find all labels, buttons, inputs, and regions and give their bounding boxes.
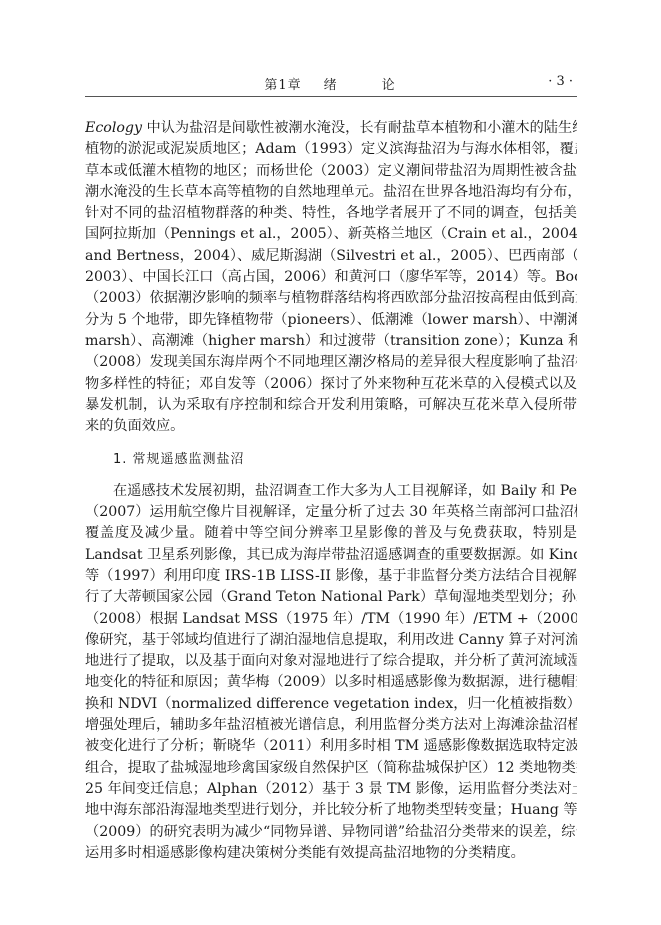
text-line: 25 年间变迁信息；Alphan（2012）基于 3 景 TM 影像，运用监督分… <box>85 779 577 800</box>
text-line: Landsat 卫星系列影像，其已成为海岸带盐沼遥感调查的重要数据源。如 Kin… <box>85 545 577 566</box>
section-heading: 1. 常规遥感监测盐沼 <box>85 449 577 470</box>
text-line: （2008）发现美国东海岸两个不同地理区潮汐格局的差异很大程度影响了盐沼植 <box>85 352 577 373</box>
text-line: 草本或低灌木植物的地区；而杨世伦（2003）定义潮间带盐沼为周期性被含盐 <box>85 161 577 182</box>
text-line: （2007）运用航空像片目视解译，定量分析了过去 30 年英格兰南部河口盐沼植被 <box>85 502 577 523</box>
text-line: Ecology 中认为盐沼是间歇性被潮水淹没，长有耐盐草本植物和小灌木的陆生维管 <box>85 118 577 139</box>
text-line: 地进行了提取，以及基于面向对象对湿地进行了综合提取，并分析了黄河流域湿 <box>85 651 577 672</box>
text-line: 等（1997）利用印度 IRS-1B LISS-II 影像，基于非监督分类方法结… <box>85 566 577 587</box>
text-line: 覆盖度及减少量。随着中等空间分辨率卫星影像的普及与免费获取，特别是 <box>85 523 577 544</box>
text-line: （2003）依据潮汐影响的频率与植物群落结构将西欧部分盐沼按高程由低到高划 <box>85 288 577 309</box>
text-line: marsh）、高潮滩（higher marsh）和过渡带（transition … <box>85 331 577 352</box>
text-line: 换和 NDVI（normalized difference vegetation… <box>85 694 577 715</box>
chapter-title-char-1: 绪 <box>324 78 338 93</box>
text-line: 在遥感技术发展初期，盐沼调查工作大多为人工目视解译，如 Baily 和 Pear… <box>85 481 577 502</box>
text-line: 暴发机制，认为采取有序控制和综合开发利用策略，可解决互花米草入侵所带 <box>85 395 577 416</box>
chapter-title: 第1章绪论 <box>85 74 575 93</box>
text-line: 组合，提取了盐城湿地珍禽国家级自然保护区（简称盐城保护区）12 类地物类型 <box>85 758 577 779</box>
text-line: 针对不同的盐沼植物群落的种类、特性，各地学者展开了不同的调查，包括美 <box>85 203 577 224</box>
line-rest: 中认为盐沼是间歇性被潮水淹没，长有耐盐草本植物和小灌木的陆生维管 <box>142 120 577 136</box>
text-line: 增强处理后，辅助多年盐沼植被光谱信息，利用监督分类方法对上海滩涂盐沼植 <box>85 715 577 736</box>
paragraph-1: Ecology 中认为盐沼是间歇性被潮水淹没，长有耐盐草本植物和小灌木的陆生维管… <box>85 118 577 437</box>
text-line: and Bertness，2004）、威尼斯潟湖（Silvestri et al… <box>85 246 577 267</box>
header-rule <box>85 96 577 97</box>
text-line: 分为 5 个地带，即先锋植物带（pioneers）、低潮滩（lower mars… <box>85 310 577 331</box>
text-line: 国阿拉斯加（Pennings et al.，2005）、新英格兰地区（Crain… <box>85 224 577 245</box>
text-line: 潮水淹没的生长草本高等植物的自然地理单元。盐沼在世界各地沿海均有分布， <box>85 182 577 203</box>
chapter-number: 第1章 <box>264 78 301 93</box>
text-line: 植物的淤泥或泥炭质地区；Adam（1993）定义滨海盐沼为与海水体相邻，覆盖 <box>85 139 577 160</box>
text-line: 地中海东部沿海湿地类型进行划分，并比较分析了地物类型转变量；Huang 等 <box>85 800 577 821</box>
page-number: · 3 · <box>548 74 573 89</box>
text-line: 地变化的特征和原因；黄华梅（2009）以多时相遥感影像为数据源，进行穗帽变 <box>85 672 577 693</box>
page-body: Ecology 中认为盐沼是间歇性被潮水淹没，长有耐盐草本植物和小灌木的陆生维管… <box>85 118 577 864</box>
text-line: 来的负面效应。 <box>85 416 577 437</box>
text-line: （2008）根据 Landsat MSS（1975 年）/TM（1990 年）/… <box>85 609 577 630</box>
running-header: 第1章绪论 · 3 · <box>85 72 575 94</box>
text-line: 2003）、中国长江口（高占国，2006）和黄河口（廖华军等，2014）等。Bo… <box>85 267 577 288</box>
text-line: 像研究，基于邻域均值进行了湖泊湿地信息提取，利用改进 Canny 算子对河流湿 <box>85 630 577 651</box>
text-line: 被变化进行了分析；靳晓华（2011）利用多时相 TM 遥感影像数据选取特定波段 <box>85 736 577 757</box>
text-line: 行了大蒂顿国家公园（Grand Teton National Park）草甸湿地… <box>85 587 577 608</box>
italic-term: Ecology <box>85 120 142 136</box>
paragraph-2: 在遥感技术发展初期，盐沼调查工作大多为人工目视解译，如 Baily 和 Pear… <box>85 481 577 864</box>
chapter-title-char-2: 论 <box>382 78 396 93</box>
text-line: 物多样性的特征；邓自发等（2006）探讨了外来物种互花米草的入侵模式以及 <box>85 374 577 395</box>
text-line: 运用多时相遥感影像构建决策树分类能有效提高盐沼地物的分类精度。 <box>85 843 577 864</box>
text-line: （2009）的研究表明为减少“同物异谱、异物同谱”给盐沼分类带来的误差，综合 <box>85 822 577 843</box>
